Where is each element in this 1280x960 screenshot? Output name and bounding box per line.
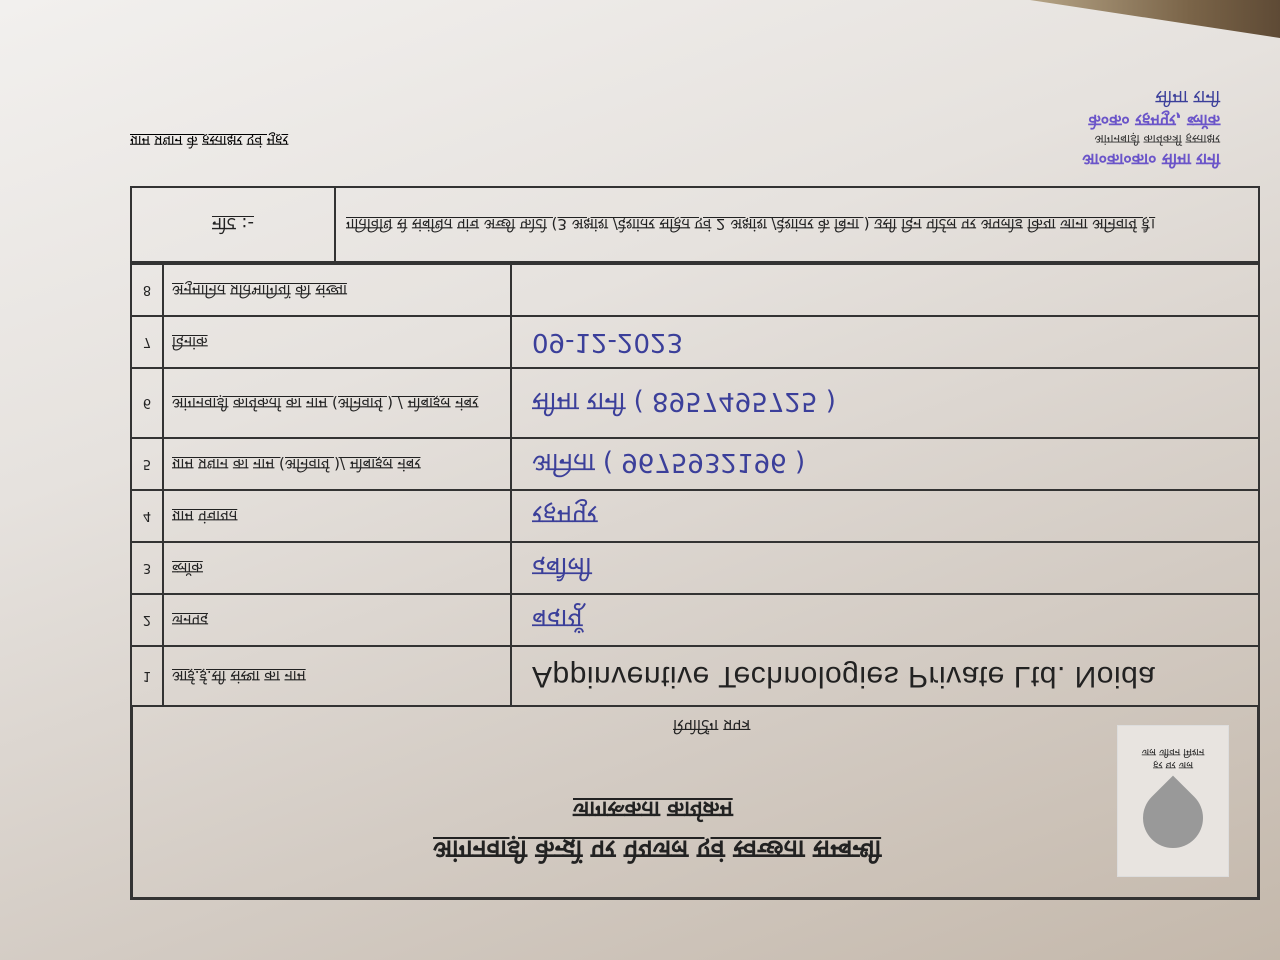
logo-line-1: हर घर जल xyxy=(1123,758,1223,771)
row-label: आंगनवाड़ी कार्यकर्ता का नाम (अनिवार्य ) … xyxy=(163,368,511,438)
handwritten-signature: सीमा रानी xyxy=(950,85,1220,109)
row-label: ब्लॉक xyxy=(163,542,511,594)
form-header: आंगनवाड़ी केन्द्रों पर पेयजल एवं स्वच्छत… xyxy=(130,707,1260,900)
row-value: रहमपुर xyxy=(511,490,1259,542)
table-row: 1 आई.ई.सी संस्था का नाम Appinventive Tec… xyxy=(131,646,1259,706)
row-value: Appinventive Technologies Private Ltd. N… xyxy=(511,646,1259,706)
row-number: 4 xyxy=(131,490,163,542)
form-type-label: रिपोर्टिंग प्रपत्र xyxy=(673,715,750,737)
table-row: 4 ग्राम पंचायत रहमपुर xyxy=(131,490,1259,542)
water-drop-icon xyxy=(1131,776,1216,861)
flipped-document: आंगनवाड़ी केन्द्रों पर पेयजल एवं स्वच्छत… xyxy=(0,0,1280,960)
row-number: 2 xyxy=(131,594,163,646)
form-title: आंगनवाड़ी केन्द्रों पर पेयजल एवं स्वच्छत… xyxy=(433,833,881,867)
pradhan-signature-label: ग्राम प्रधान के हस्ताक्षर एवं मुहर xyxy=(130,131,288,150)
details-table: 1 आई.ई.सी संस्था का नाम Appinventive Tec… xyxy=(130,263,1260,707)
row-value: बदायूँ xyxy=(511,594,1259,646)
form-subtitle: जागरूकता कार्यक्रम xyxy=(573,795,733,825)
row-number: 6 xyxy=(131,368,163,438)
paper-sheet: आंगनवाड़ी केन्द्रों पर पेयजल एवं स्वच्छत… xyxy=(0,0,1280,960)
row-number: 5 xyxy=(131,438,163,490)
row-number: 7 xyxy=(131,316,163,368)
stamp-line-3: के०क० रहमपुर, ब्लॉक xyxy=(950,109,1220,131)
stamp-line-1: आ०का०का० सीमा रानी xyxy=(950,148,1220,170)
row-label: आई.ई.सी संस्था का नाम xyxy=(163,646,511,706)
row-value: 09-12-2023 xyxy=(511,316,1259,368)
row-number: 8 xyxy=(131,264,163,316)
worker-stamp: आ०का०का० सीमा रानी आंगनबाड़ी कार्यकर्त्र… xyxy=(950,85,1220,170)
row-value: दबौली xyxy=(511,542,1259,594)
note-text: गतिविधि से संबंधित पांच अच्छी फोटो (3 अक… xyxy=(335,187,1259,262)
row-label: ग्राम पंचायत xyxy=(163,490,511,542)
row-label: अनुमानित प्रतिभागियों की संख्या xyxy=(163,264,511,316)
row-label: दिनांक xyxy=(163,316,511,368)
table-row: 6 आंगनवाड़ी कार्यकर्ता का नाम (अनिवार्य … xyxy=(131,368,1259,438)
logo-line-2: जल जीवन मिशन xyxy=(1123,745,1223,758)
reporting-form: आंगनवाड़ी केन्द्रों पर पेयजल एवं स्वच्छत… xyxy=(130,186,1260,900)
table-row: 3 ब्लॉक दबौली xyxy=(131,542,1259,594)
table-row: 8 अनुमानित प्रतिभागियों की संख्या xyxy=(131,264,1259,316)
row-value: सीमा रानी ( 8957495725 ) xyxy=(511,368,1259,438)
table-row: 7 दिनांक 09-12-2023 xyxy=(131,316,1259,368)
jal-jeevan-mission-logo: हर घर जल जल जीवन मिशन xyxy=(1117,725,1229,877)
row-number: 1 xyxy=(131,646,163,706)
row-number: 3 xyxy=(131,542,163,594)
row-label: ग्राम प्रधान का नाम (अनिवार्य )/ मोबाइल … xyxy=(163,438,511,490)
row-value xyxy=(511,264,1259,316)
row-label: जनपद xyxy=(163,594,511,646)
table-row: 2 जनपद बदायूँ xyxy=(131,594,1259,646)
note-table: नोट :- गतिविधि से संबंधित पांच अच्छी फोट… xyxy=(130,186,1260,263)
row-value: अनिता ( 9675932196 ) xyxy=(511,438,1259,490)
table-row: 5 ग्राम प्रधान का नाम (अनिवार्य )/ मोबाइ… xyxy=(131,438,1259,490)
note-label: नोट :- xyxy=(131,187,335,262)
stamp-line-2: आंगनबाड़ी कार्यकर्त्री हस्ताक्षर xyxy=(950,131,1220,148)
